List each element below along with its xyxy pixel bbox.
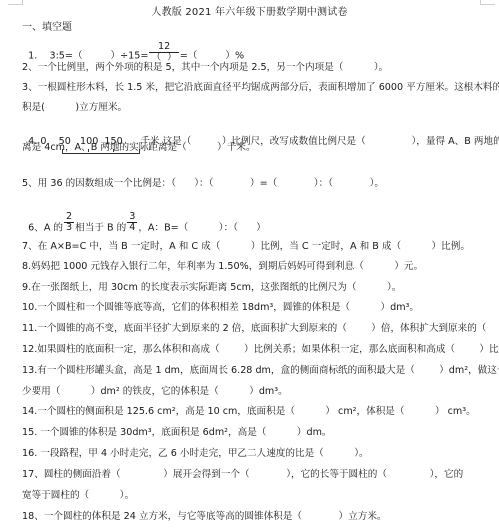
question-15: 15. 一个圆锥的体积是 30dm³，底面积是 6dm²，高是（ ）dm。: [22, 427, 332, 439]
question-3-cont: 积是( )立方厘米。: [22, 102, 127, 114]
question-17: 17、圆柱的侧面沿着（ ）展开会得到一个（ ），它的长等于圆柱的（ ），它的: [22, 469, 463, 481]
question-11: 11.一个圆锥的高不变，底面半径扩大到原来的 2 倍，底面积扩大到原来的（ ）倍…: [22, 323, 499, 335]
question-16: 16. 一段路程，甲 4 小时走完，乙 6 小时走完，甲乙二人速度的比是（ ）。: [22, 448, 369, 460]
question-8: 8.妈妈把 1000 元钱存入银行二年，年利率为 1.50%，到期后妈妈可得到利…: [22, 261, 423, 273]
question-3: 3、一根圆柱形木料，长 1.5 米，把它沿底面直径平均锯成两部分后，表面积增加了…: [22, 82, 499, 94]
fraction: 12（ ）: [149, 42, 178, 63]
section-heading: 一、填空题: [22, 18, 72, 33]
question-5: 5、用 36 的因数组成一个比例是：（ ）：（ ）=（ ）：（ ）。: [22, 178, 384, 190]
question-6: 6、A 的23相当于 B 的34，A：B=（ ）：（ ）: [22, 210, 266, 235]
question-10: 10.一个圆柱和一个圆锥等底等高，它们的体积相差 18dm³，圆锥的体积是（ ）…: [22, 302, 419, 314]
question-9: 9.在一张图纸上，用 30cm 的长度表示实际距离 5cm，这张图纸的比例尺为（…: [22, 282, 401, 294]
fraction: 23: [64, 212, 74, 233]
document-title: 人教版 2021 年六年级下册数学期中测试卷: [0, 3, 499, 18]
question-2: 2、一个比例里，两个外项的积是 5，其中一个内项是 2.5，另一个内项是（ ）。: [22, 62, 388, 74]
fraction: 34: [127, 212, 137, 233]
question-7: 7、在 A×B=C 中，当 B 一定时，A 和 C 成（ ）比例，当 C 一定时…: [22, 241, 470, 253]
question-13-cont: 少要用（ ）dm² 的铁皮，它的体积是（ ）dm³。: [22, 386, 288, 398]
question-14: 14.一个圆柱的侧面积是 125.6 cm²，高是 10 cm，底面积是（ ） …: [22, 406, 476, 418]
question-17-cont: 宽等于圆柱的（ ）。: [22, 490, 134, 502]
question-18: 18、一个圆柱的体积是 24 立方米，与它等底等高的圆锥体积是（ ）立方米。: [22, 511, 387, 523]
question-12: 12.如果圆柱的底面积一定，那么体积和高成（ ）比例关系；如果体积一定，那么底面…: [22, 344, 499, 356]
question-4-cont: 离是 4cm，A、B 两地的实际距离是（ ）千米。: [22, 142, 256, 154]
question-13: 13.有一个圆柱形罐头盒，高是 1 dm，底面周长 6.28 dm，盒的侧面商标…: [22, 365, 499, 377]
question-1: 1. 3:5=（）÷15=12（ ）=（）%: [22, 36, 244, 63]
